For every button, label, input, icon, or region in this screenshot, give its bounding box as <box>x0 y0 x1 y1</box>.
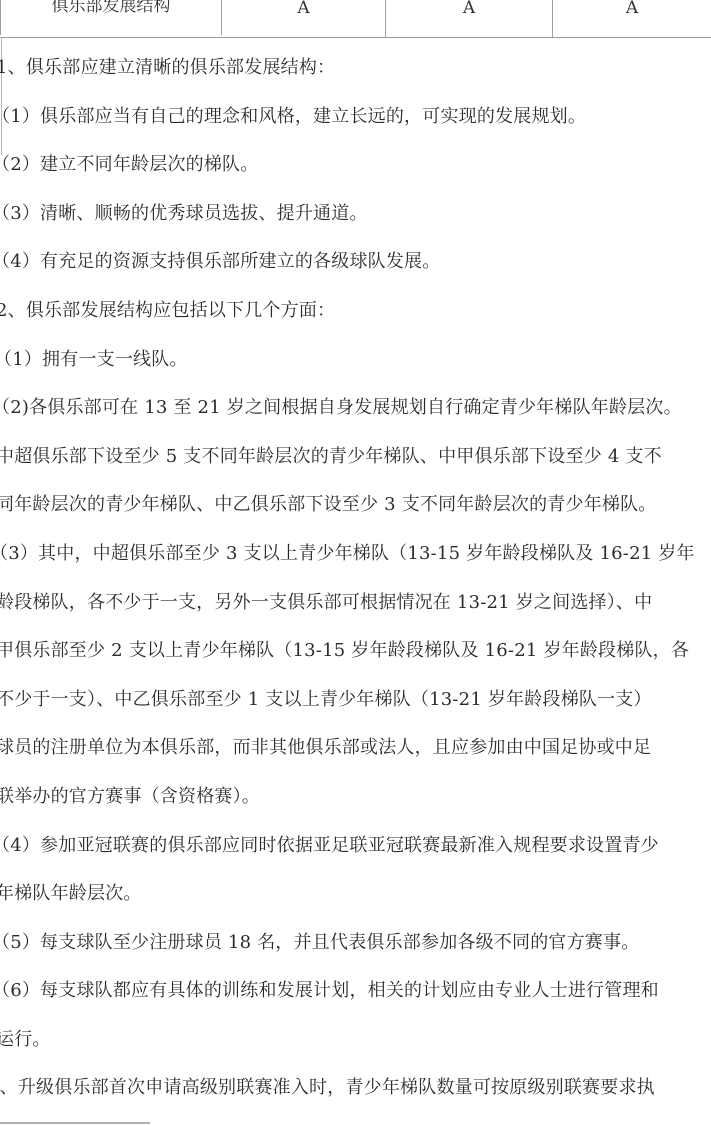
grade-value: A <box>626 0 638 17</box>
text-line: 2、俱乐部发展结构应包括以下几个方面： <box>0 299 711 348</box>
text-line: 联举办的官方赛事（含资格赛）。 <box>0 785 711 834</box>
text-line: 3、升级俱乐部首次申请高级别联赛准入时，青少年梯队数量可按原级别联赛要求执 <box>0 1076 711 1125</box>
text-line: （1）拥有一支一线队。 <box>0 348 711 397</box>
table-grade-cell: A <box>222 0 386 37</box>
text-line: 甲俱乐部至少 2 支以上青少年梯队（13-15 岁年龄段梯队及 16-21 岁年… <box>0 639 711 688</box>
document-body: 1、俱乐部应建立清晰的俱乐部发展结构： （1）俱乐部应当有自己的理念和风格，建立… <box>0 56 711 1125</box>
text-line: （4）有充足的资源支持俱乐部所建立的各级球队发展。 <box>0 250 711 299</box>
table-row-label: 俱乐部发展结构 <box>52 0 171 15</box>
text-line: 年梯队年龄层次。 <box>0 882 711 931</box>
text-line: （2）建立不同年龄层次的梯队。 <box>0 153 711 202</box>
text-line: 中超俱乐部下设至少 5 支不同年龄层次的青少年梯队、中甲俱乐部下设至少 4 支不 <box>0 445 711 494</box>
table-grade-cell: A <box>553 0 711 37</box>
text-line: 同年龄层次的青少年梯队、中乙俱乐部下设至少 3 支不同年龄层次的青少年梯队。 <box>0 493 711 542</box>
table-label-cell: 俱乐部发展结构 <box>0 0 222 35</box>
text-line: （5）每支球队至少注册球员 18 名，并且代表俱乐部参加各级不同的官方赛事。 <box>0 931 711 980</box>
grade-value: A <box>297 0 309 17</box>
page-bottom-rule <box>0 1122 150 1124</box>
text-line: 球员的注册单位为本俱乐部，而非其他俱乐部或法人，且应参加由中国足协或中足 <box>0 736 711 785</box>
text-line: 运行。 <box>0 1028 711 1077</box>
grading-table: 俱乐部发展结构 A A A <box>0 0 711 38</box>
text-line: （6）每支球队都应有具体的训练和发展计划，相关的计划应由专业人士进行管理和 <box>0 979 711 1028</box>
text-line: 1、俱乐部应建立清晰的俱乐部发展结构： <box>0 56 711 105</box>
text-line: （3）清晰、顺畅的优秀球员选拔、提升通道。 <box>0 202 711 251</box>
text-line: 龄段梯队，各不少于一支，另外一支俱乐部可根据情况在 13-21 岁之间选择）、中 <box>0 591 711 640</box>
grade-value: A <box>463 0 475 17</box>
text-line: （3）其中，中超俱乐部至少 3 支以上青少年梯队（13-15 岁年龄段梯队及 1… <box>0 542 711 591</box>
text-line: （4）参加亚冠联赛的俱乐部应同时依据亚足联亚冠联赛最新准入规程要求设置青少 <box>0 834 711 883</box>
text-line: （2)各俱乐部可在 13 至 21 岁之间根据自身发展规划自行确定青少年梯队年龄… <box>0 396 711 445</box>
text-line: 不少于一支）、中乙俱乐部至少 1 支以上青少年梯队（13-21 岁年龄段梯队一支… <box>0 688 711 737</box>
text-line: （1）俱乐部应当有自己的理念和风格，建立长远的，可实现的发展规划。 <box>0 105 711 154</box>
table-grade-cell: A <box>386 0 553 37</box>
